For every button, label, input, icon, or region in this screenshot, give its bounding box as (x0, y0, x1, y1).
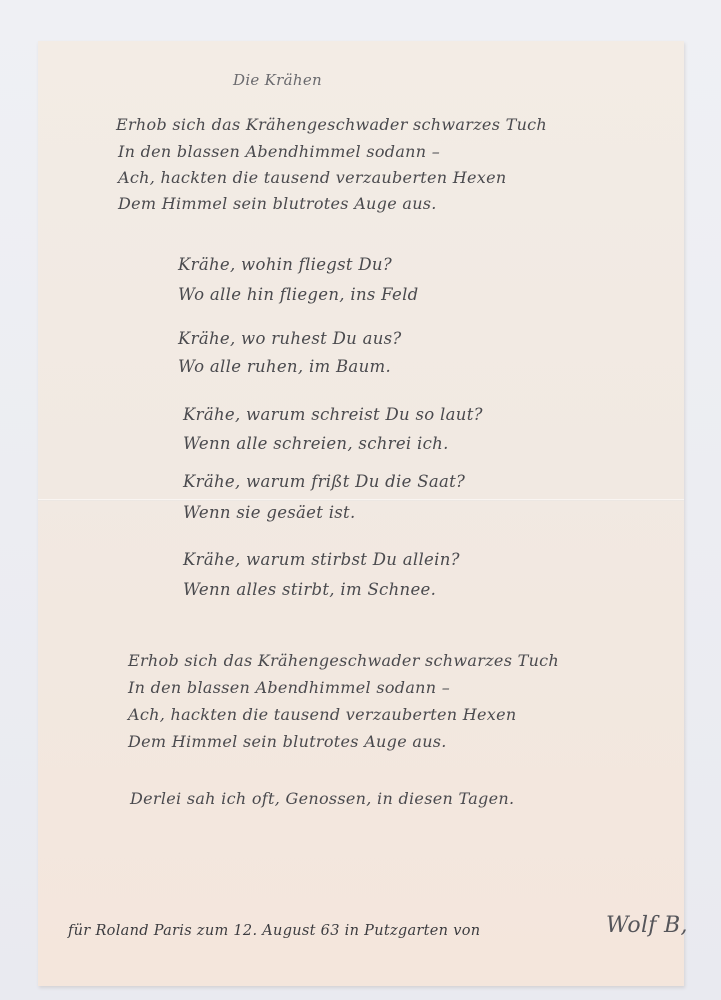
opening-stanza-line-3: Ach, hackten die tausend verzauberten He… (118, 168, 506, 187)
dialogue-5-question: Krähe, warum stirbst Du allein? (183, 550, 460, 569)
dialogue-2-question: Krähe, wo ruhest Du aus? (178, 329, 402, 348)
closing-stanza-line-3: Ach, hackten die tausend verzauberten He… (128, 705, 516, 724)
dialogue-5-answer: Wenn alles stirbt, im Schnee. (183, 580, 436, 599)
opening-stanza-line-1: Erhob sich das Krähengeschwader schwarze… (116, 115, 547, 134)
dialogue-1-answer: Wo alle hin fliegen, ins Feld (178, 285, 419, 304)
opening-stanza-line-4: Dem Himmel sein blutrotes Auge aus. (118, 194, 437, 213)
opening-stanza-line-2: In den blassen Abendhimmel sodann – (118, 142, 440, 161)
paper-fold-line (38, 499, 684, 501)
manuscript-page: Die Krähen Erhob sich das Krähengeschwad… (38, 41, 684, 986)
dedication-note: für Roland Paris zum 12. August 63 in Pu… (68, 923, 480, 939)
dialogue-3-question: Krähe, warum schreist Du so laut? (183, 405, 483, 424)
closing-stanza-line-4: Dem Himmel sein blutrotes Auge aus. (128, 732, 447, 751)
dialogue-2-answer: Wo alle ruhen, im Baum. (178, 357, 391, 376)
final-line: Derlei sah ich oft, Genossen, in diesen … (130, 789, 514, 808)
dialogue-1-question: Krähe, wohin fliegst Du? (178, 255, 392, 274)
closing-stanza-line-2: In den blassen Abendhimmel sodann – (128, 678, 450, 697)
author-signature: Wolf B, (606, 913, 688, 938)
dialogue-3-answer: Wenn alle schreien, schrei ich. (183, 434, 449, 453)
poem-title: Die Krähen (233, 71, 322, 89)
closing-stanza-line-1: Erhob sich das Krähengeschwader schwarze… (128, 651, 559, 670)
dialogue-4-answer: Wenn sie gesäet ist. (183, 503, 356, 522)
dialogue-4-question: Krähe, warum frißt Du die Saat? (183, 472, 465, 491)
